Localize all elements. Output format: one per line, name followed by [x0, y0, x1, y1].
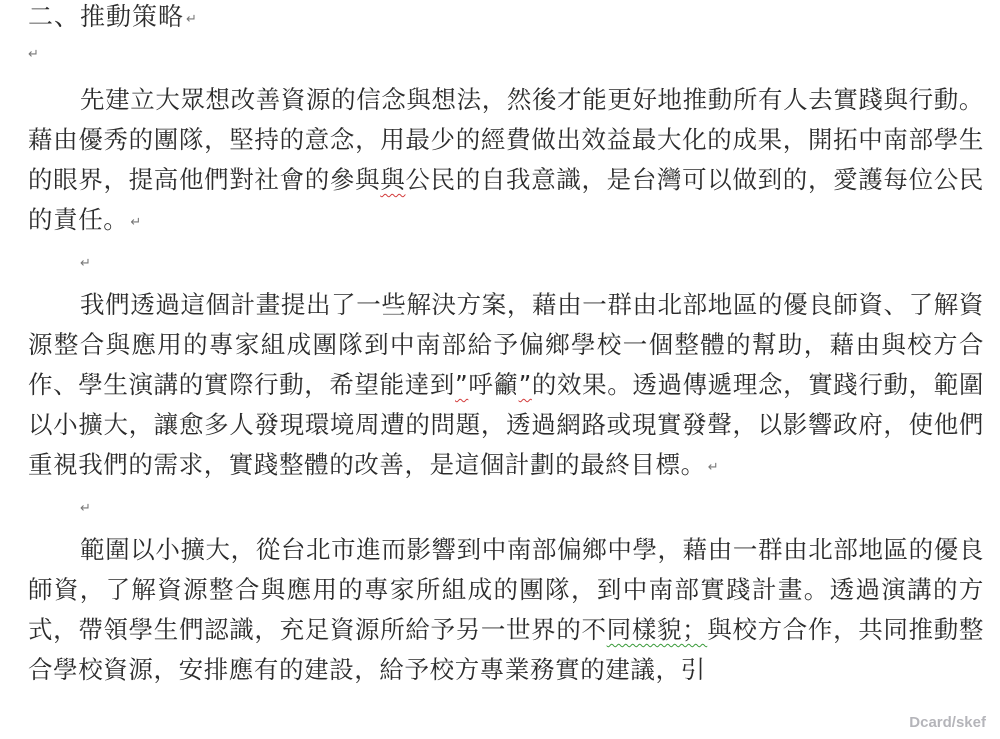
paragraph-mark-icon: ↵: [28, 47, 39, 62]
paragraph-mark-icon: ↵: [130, 215, 142, 230]
watermark: Dcard/skef: [909, 714, 986, 731]
paragraph-mark-icon: ↵: [708, 460, 720, 475]
heading-text: 二、推動策略: [28, 2, 184, 31]
empty-paragraph: ↵: [28, 488, 984, 530]
text-run: 呼籲: [468, 370, 518, 399]
paragraph-mark-icon: ↵: [80, 256, 91, 271]
grammar-warning-mark[interactable]: 同樣貌；: [607, 615, 708, 644]
spelling-error-mark[interactable]: ”: [455, 370, 468, 399]
body-paragraph-2[interactable]: 我們透過這個計畫提出了一些解決方案，藉由一群由北部地區的優良師資、了解資源整合與…: [28, 285, 984, 488]
empty-paragraph: ↵: [28, 34, 984, 76]
body-paragraph-3[interactable]: 範圍以小擴大，從台北市進而影響到中南部偏鄉中學，藉由一群由北部地區的優良師資，了…: [28, 530, 984, 690]
paragraph-mark-icon: ↵: [186, 12, 198, 27]
body-paragraph-1[interactable]: 先建立大眾想改善資源的信念與想法，然後才能更好地推動所有人去實踐與行動。藉由優秀…: [28, 80, 984, 243]
section-heading: 二、推動策略↵: [28, 0, 984, 34]
paragraph-mark-icon: ↵: [80, 501, 91, 516]
document-page[interactable]: 二、推動策略↵ ↵ 先建立大眾想改善資源的信念與想法，然後才能更好地推動所有人去…: [28, 0, 984, 690]
spelling-error-mark[interactable]: ”: [519, 370, 532, 399]
spelling-error-mark[interactable]: 與: [380, 165, 405, 194]
empty-paragraph: ↵: [28, 243, 984, 285]
